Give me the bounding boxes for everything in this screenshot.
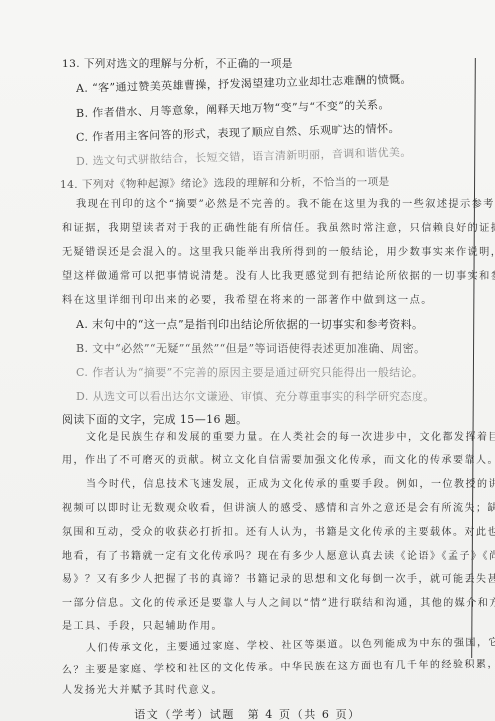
question-13-stem: 13. 下列对选文的理解与分析，不正确的一项是 [62,57,293,71]
passage-2-line: 一部分信息。文化的传承还是要靠人与人之间以“情”进行联结和沟通，其他的媒介和方式… [62,597,495,611]
passage-2-line: 地看，有了书籍就一定有文化传承吗？现在有多少人愿意认真去读《论语》《孟子》《尚书… [62,550,495,564]
question-14-option-b: B. 文中“必然”“无疑”“虽然”“但是”等词语使得表述更加准确、周密。 [76,342,425,356]
question-13-option-c: C. 作者用主客问答的形式，表现了顺应自然、乐观旷达的情怀。 [76,122,400,145]
passage-2-line: 易》？又有多少人把握了书的真谛？书籍记录的思想和文化每倒一次手，就可能丢失甚至扭… [62,573,495,587]
passage-2-line: 视频可以即时让无数观众收看，但讲演人的感受、感情和言外之意还是会有所流失；缺乏现… [62,502,495,516]
margin-rule [471,58,476,658]
passage-1-line: 我现在刊印的这个“摘要”必然是不完善的。我不能在这里为我的一些叙述提示参考资料 [76,198,495,212]
passage-1-line: 料在这里详细刊印出来的必要，我希望在将来的一部著作中做到这一点。 [62,294,433,308]
passage-2-line: 人发扬光大并赋予其时代意义。 [62,684,223,698]
passage-2-line: 用，作出了不可磨灭的贡献。树立文化自信需要加强文化传承，而文化的传承要靠人。 [62,454,495,468]
question-14-option-c: C. 作者认为“摘要”不完善的原因主要是通过研究只能得出一般结论。 [76,366,423,380]
page-footer: 语文（学考）试题 第 4 页（共 6 页） [0,706,495,721]
question-14-option-a: A. 末句中的“这一点”是指刊印出结论所依据的一切事实和参考资料。 [76,318,423,332]
question-13-option-d: D. 选文句式骈散结合，长短交错，语言清新明丽，音调和谐优美。 [76,146,412,169]
reading-instruction: 阅读下面的文字，完成 15—16 题。 [62,413,248,427]
exam-page: 13. 下列对选文的理解与分析，不正确的一项是 A. “客”通过赞美英雄曹操，抒… [0,0,495,721]
passage-2-line: 当今时代，信息技术飞速发展，正成为文化传承的重要手段。例如，一位教授的讲演，通过 [86,478,495,492]
passage-2-line: 文化是民族生存和发展的重要力量。在人类社会的每一次进步中，文化都发挥着巨大作 [86,431,495,445]
passage-1-line: 望这样做通常可以把事情说清楚。没有人比我更感觉到有把结论所依据的一切事实和参考资 [62,270,495,284]
passage-2-line: 氛围和互动，受众的收获必打折扣。还有人认为，书籍是文化传承的主要载体。对此也应辩… [62,526,495,540]
passage-2-line: 是工具、手段，只起辅助作用。 [62,620,223,634]
question-14-stem: 14. 下列对《物种起源》绪论》选段的理解和分析，不恰当的一项是 [60,175,390,192]
passage-1-line: 和证据，我期望读者对于我的正确性能有所信任。我虽然时常注意，只信赖良好的证据，但… [62,222,495,236]
passage-1-line: 无疑错误还是会混入的。这里我只能举出我所得到的一般结论，用少数事实来作说明，但我… [62,246,495,260]
question-13-option-a: A. “客”通过赞美英雄曹操，抒发渴望建功立业却壮志难酬的愤慨。 [76,73,412,96]
question-14-option-d: D. 从选文可以看出达尔文谦逊、审慎、充分尊重事实的科学研究态度。 [76,390,435,404]
question-13-option-b: B. 作者借水、月等意象，阐释天地万物“变”与“不变”的关系。 [76,98,390,121]
